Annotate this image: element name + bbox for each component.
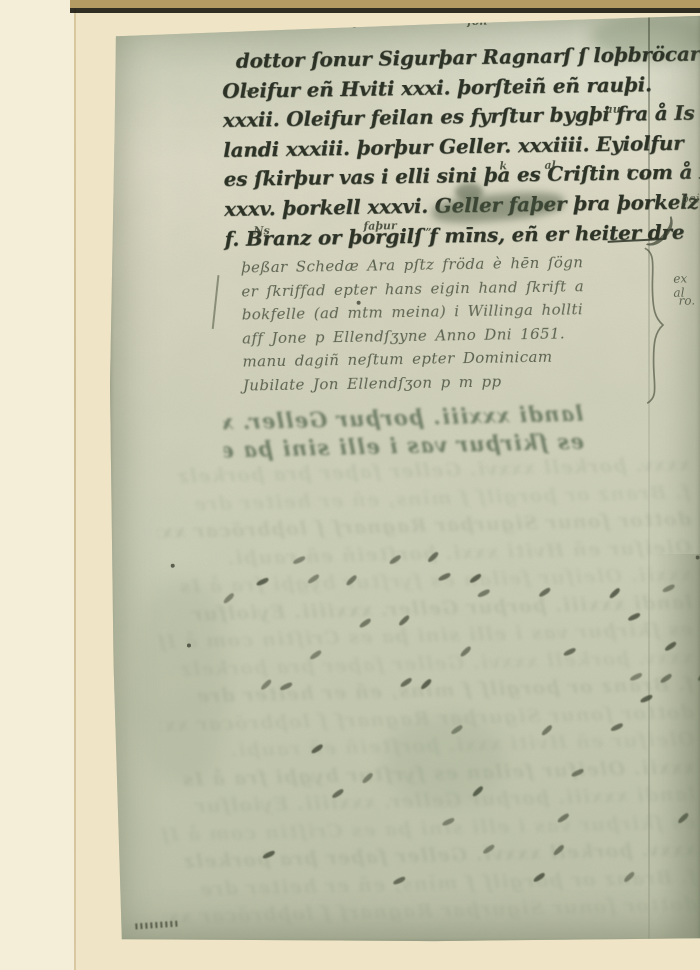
bled-ink-stroke	[309, 650, 323, 661]
interlinear-son: ſon	[467, 15, 487, 28]
bleed-through-row: es ſkirþur vas i elli sini þa es Criſtin…	[162, 811, 696, 846]
bled-ink-stroke	[471, 785, 484, 797]
interlinear-k: k	[499, 159, 507, 172]
bled-ink-stroke	[331, 788, 345, 799]
bleed-through-row: f. Branz or þorgilſ f mīns, eñ er heiter…	[163, 866, 697, 901]
bled-ink-stroke	[310, 744, 324, 755]
text-line: f. Branz or þorgilſ f mīns, eñ er heiter…	[224, 217, 674, 254]
interlinear-plus: +	[245, 84, 254, 97]
scribal-note-block: þeßar Schedæ Ara pſtz fröda è hēn ſögn e…	[241, 249, 700, 398]
bled-ink-stroke	[532, 872, 546, 883]
bled-ink-stroke	[392, 876, 406, 885]
bleed-through-row: landi xxxiii. þorþur Geller. xxxiiii. Ey…	[223, 401, 584, 435]
ink-speck	[187, 643, 191, 647]
bleed-through-row: es ſkirþur vas i elli sini þa es Criſtin…	[159, 618, 693, 653]
bled-ink-stroke	[556, 813, 570, 824]
bled-ink-stroke	[664, 641, 678, 652]
bled-ink-stroke	[610, 723, 624, 732]
manuscript-leaf: landi xxxiii. þorþur Geller. xxxiiii. Ey…	[110, 14, 700, 942]
interlinear-fathur: faþur	[363, 219, 397, 233]
bleed-through-row: landi xxxiii. þorþur Geller. xxxiiii. Ey…	[161, 783, 695, 818]
bled-ink-stroke	[571, 768, 585, 777]
interlinear-double-prime: „	[425, 220, 432, 233]
bleed-through-row: dottor ſonur Sigurþar Ragnarſ ſ loþbröca…	[160, 701, 694, 736]
bled-ink-stroke	[259, 679, 272, 691]
bled-ink-stroke	[623, 871, 636, 883]
ink-mark-bottom-left	[135, 920, 179, 929]
bled-ink-stroke	[361, 772, 374, 784]
bleed-through-row: xxxii. Oleifur feilan es fyrſtur bygþi f…	[158, 563, 692, 598]
bled-ink-stroke	[552, 844, 565, 856]
bleed-through-row: Oleifur eñ Hviti xxxi. þorſteiñ eñ rauþi…	[157, 536, 691, 571]
bleed-through-row: Oleifur eñ Hviti xxxi. þorſteiñ eñ rauþi…	[160, 728, 694, 763]
bleed-through-row: es ſkirþur vas i elli sini þa es Criſtin…	[224, 428, 585, 462]
bled-ink-stroke	[450, 724, 464, 735]
bled-ink-stroke	[279, 682, 293, 691]
bled-ink-stroke	[397, 615, 410, 627]
ink-speck	[352, 24, 356, 28]
interlinear-au: au	[606, 103, 621, 116]
margin-note-right-top: þein	[681, 191, 700, 205]
left-margin-stroke	[212, 275, 219, 329]
bled-ink-stroke	[696, 670, 700, 682]
bled-ink-stroke	[662, 584, 676, 593]
bled-ink-stroke	[292, 556, 306, 565]
bled-ink-stroke	[426, 551, 439, 563]
bled-ink-stroke	[608, 587, 621, 599]
bled-ink-stroke	[345, 574, 358, 586]
photo-top-edge-line	[70, 8, 700, 13]
bleed-through-row: xxxii. Oleifur feilan es fyrſtur bygþi f…	[161, 756, 695, 791]
interlinear-al: al	[544, 159, 556, 172]
bled-ink-stroke	[540, 724, 553, 736]
bled-ink-stroke	[627, 612, 641, 621]
bled-ink-stroke	[677, 812, 690, 824]
bled-ink-stroke	[399, 677, 413, 688]
bled-ink-stroke	[437, 572, 451, 581]
bled-ink-stroke	[388, 554, 402, 565]
mount-fold-line	[74, 0, 76, 970]
bled-ink-stroke	[469, 573, 483, 584]
bled-ink-stroke	[629, 672, 643, 681]
bleed-through-row: xxxv. þorkell xxxvi. Geller faþer þra þo…	[159, 646, 693, 681]
bled-ink-stroke	[563, 647, 577, 656]
mount-left-panel	[0, 0, 74, 970]
bled-ink-stroke	[419, 678, 432, 690]
main-text-block: dottor ſonur Sigurþar Ragnarſ ſ loþbröca…	[222, 40, 675, 254]
bled-ink-stroke	[459, 646, 472, 658]
bled-ink-stroke	[441, 817, 455, 826]
interlinear-ns: Ns	[253, 224, 269, 237]
bled-ink-stroke	[256, 577, 270, 586]
bleed-through-row: f. Branz or þorgilſ f mīns, eñ er heiter…	[157, 481, 691, 516]
photo-of-manuscript: landi xxxiii. þorþur Geller. xxxiiii. Ey…	[0, 0, 700, 970]
bleed-through-row: xxxv. þorkell xxxvi. Geller faþer þra þo…	[162, 838, 696, 873]
photo-top-strip	[70, 0, 700, 8]
bled-ink-stroke	[307, 574, 321, 585]
bled-ink-stroke	[222, 592, 235, 604]
bleed-through-row: dottor ſonur Sigurþar Ragnarſ ſ loþbröca…	[163, 893, 697, 928]
bled-ink-stroke	[477, 589, 491, 598]
bled-ink-stroke	[538, 587, 552, 598]
bleed-through-row: dottor ſonur Sigurþar Ragnarſ ſ loþbröca…	[157, 508, 691, 543]
bled-ink-stroke	[639, 694, 653, 703]
leaf-content: landi xxxiii. þorþur Geller. xxxiiii. Ey…	[107, 9, 700, 946]
ink-speck	[171, 564, 175, 568]
bled-ink-stroke	[358, 618, 372, 629]
ink-speck	[696, 555, 700, 559]
bleed-through-row: xxxv. þorkell xxxvi. Geller faþer þra þo…	[156, 453, 690, 488]
bleed-through-row: landi xxxiii. þorþur Geller. xxxiiii. Ey…	[158, 591, 692, 626]
bled-ink-stroke	[482, 844, 496, 855]
bled-ink-stroke	[659, 673, 673, 684]
bleed-through-row: f. Branz or þorgilſ f mīns, eñ er heiter…	[160, 673, 694, 708]
bled-ink-stroke	[262, 850, 276, 859]
